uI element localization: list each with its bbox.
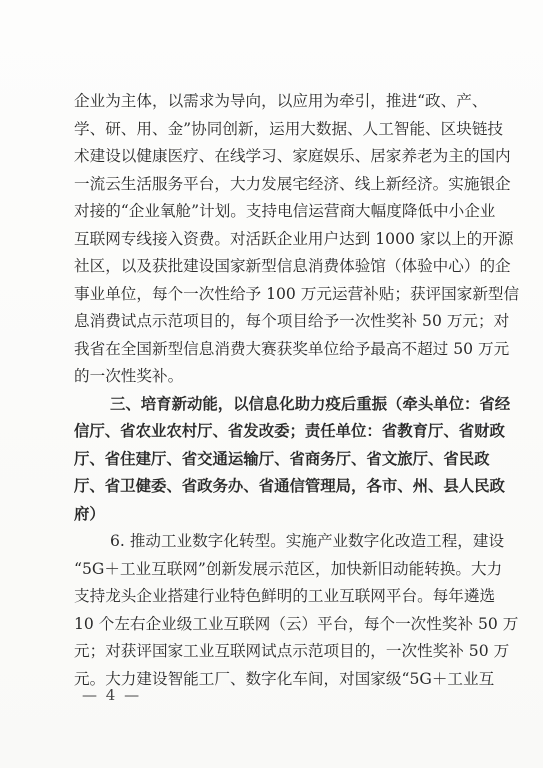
text-line: 我省在全国新型信息消费大赛获奖单位给予最高不超过 50 万元	[74, 336, 471, 364]
text-line: 术建设以健康医疗、在线学习、家庭娱乐、居家养老为主的国内	[74, 143, 471, 171]
text-line: 社区，以及获批建设国家新型信息消费体验馆（体验中心）的企	[74, 253, 471, 281]
text-line: 一流云生活服务平台，大力发展宅经济、线上新经济。实施银企	[74, 171, 471, 199]
text-line: 的一次性奖补。	[74, 363, 471, 391]
section-heading-line: 厅、省卫健委、省政务办、省通信管理局，各市、州、县人民政	[74, 473, 471, 501]
text-line: 6. 推动工业数字化转型。实施产业数字化改造工程，建设	[74, 528, 471, 556]
section-heading-line: 府）	[74, 501, 471, 529]
document-body: 企业为主体，以需求为导向，以应用为牵引，推进“政、产、 学、研、用、金”协同创新…	[74, 88, 471, 693]
page-number: — 4 —	[82, 686, 141, 704]
section-heading-line: 厅、省住建厅、省交通运输厅、省商务厅、省文旅厅、省民政	[74, 446, 471, 474]
text-line: 元；对获评国家工业互联网试点示范项目的，一次性奖补 50 万	[74, 638, 471, 666]
text-line: 企业为主体，以需求为导向，以应用为牵引，推进“政、产、	[74, 88, 471, 116]
text-line: “5G＋工业互联网”创新发展示范区，加快新旧动能转换。大力	[74, 556, 471, 584]
text-line: 支持龙头企业搭建行业特色鲜明的工业互联网平台。每年遴选	[74, 583, 471, 611]
text-line: 互联网专线接入资费。对活跃企业用户达到 1000 家以上的开源	[74, 226, 471, 254]
text-line: 事业单位，每个一次性给予 100 万元运营补贴；获评国家新型信	[74, 281, 471, 309]
section-heading-line: 信厅、省农业农村厅、省发改委；责任单位：省教育厅、省财政	[74, 418, 471, 446]
document-page: 企业为主体，以需求为导向，以应用为牵引，推进“政、产、 学、研、用、金”协同创新…	[0, 0, 543, 768]
text-line: 息消费试点示范项目的，每个项目给予一次性奖补 50 万元；对	[74, 308, 471, 336]
text-line: 10 个左右企业级工业互联网（云）平台，每个一次性奖补 50 万	[74, 611, 471, 639]
text-line: 对接的“企业氧舱”计划。支持电信运营商大幅度降低中小企业	[74, 198, 471, 226]
text-line: 学、研、用、金”协同创新，运用大数据、人工智能、区块链技	[74, 116, 471, 144]
section-heading-line: 三、培育新动能，以信息化助力疫后重振（牵头单位：省经	[74, 391, 471, 419]
